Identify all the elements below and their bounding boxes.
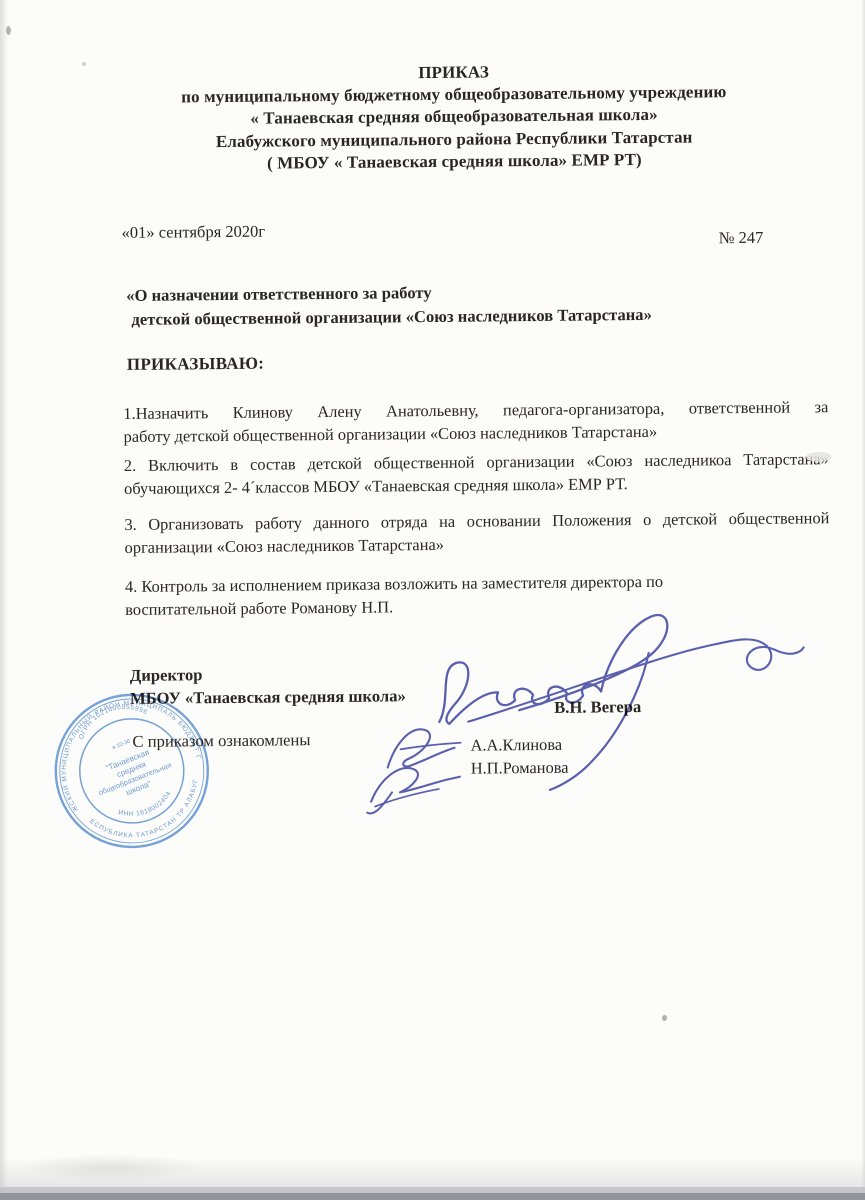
scan-smudge: [806, 452, 832, 462]
svg-text:ИНН 1618002404: ИНН 1618002404: [115, 789, 176, 826]
stamp-inn-text: ИНН 1618002404: [115, 789, 176, 826]
ack-signature-romanova: [367, 767, 460, 813]
subject-line-2: детской общественной организации «Союз н…: [126, 302, 652, 331]
order-item-2: 2. Включить в состав детской общественно…: [124, 448, 829, 500]
order-date: «01» сентября 2020г: [122, 222, 266, 243]
scan-speck: [662, 1015, 667, 1021]
scan-right-shadow: [861, 0, 865, 1200]
order-subject: «О назначении ответственного за работу д…: [126, 279, 652, 331]
director-name: В.Н. Вегера: [554, 697, 641, 718]
document-content: ПРИКАЗ по муниципальному бюджетному обще…: [0, 0, 865, 1200]
ack-name-klinova: А.А.Клинова: [470, 735, 562, 756]
stamp-small-text: в 10-36: [112, 739, 132, 752]
scan-bottom-edge-dark: [0, 1193, 865, 1200]
scan-speck: [6, 26, 11, 35]
scanned-order-page: ПРИКАЗ по муниципальному бюджетному обще…: [0, 0, 865, 1200]
order-header: ПРИКАЗ по муниципальному бюджетному обще…: [0, 58, 862, 177]
director-role-line-1: Директор: [130, 662, 406, 687]
order-item-1: 1.Назначить Клинову Алену Анатольевну, п…: [123, 396, 828, 448]
ack-name-romanova: Н.П.Романова: [471, 758, 569, 779]
order-number: № 247: [719, 228, 764, 248]
order-item-4: 4. Контроль за исполнением приказа возло…: [125, 569, 830, 621]
ack-signature-klinova: [387, 729, 460, 768]
scan-bottom-blotch: [15, 1154, 205, 1182]
order-item-3: 3. Организовать работу данного отряда на…: [124, 507, 829, 559]
school-round-stamp-icon: ЕЛАБУЖСКИЙ МУНИЦИПАЛЬНЫЙ РАЙОН МУНИЦИПАЛ…: [48, 687, 216, 855]
scan-speck: [82, 62, 86, 66]
command-word: ПРИКАЗЫВАЮ:: [127, 354, 265, 375]
scan-left-shadow: [0, 0, 8, 1200]
